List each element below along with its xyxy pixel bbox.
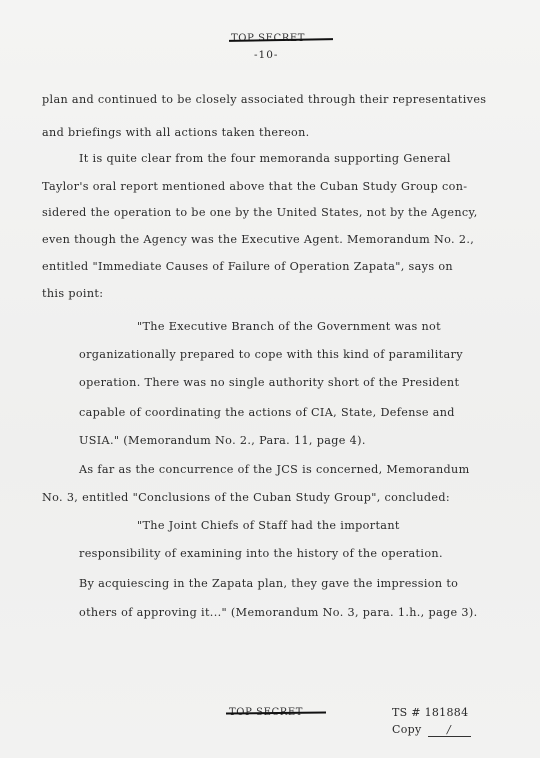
quote-line: "The Joint Chiefs of Staff had the impor… (137, 519, 400, 532)
quote-line: "The Executive Branch of the Government … (137, 320, 441, 333)
quote-line: organizationally prepared to cope with t… (79, 348, 463, 361)
body-line: As far as the concurrence of the JCS is … (79, 463, 470, 476)
quote-line: responsibility of examining into the his… (79, 547, 443, 560)
quote-line: capable of coordinating the actions of C… (79, 406, 455, 419)
quote-line: USIA." (Memorandum No. 2., Para. 11, pag… (79, 434, 366, 447)
body-line: sidered the operation to be one by the U… (42, 206, 478, 219)
copy-label: Copy (392, 723, 422, 736)
quote-line: others of approving it..." (Memorandum N… (79, 606, 478, 619)
body-line: Taylor's oral report mentioned above tha… (42, 180, 467, 193)
quote-line: operation. There was no single authority… (79, 376, 459, 389)
quote-line: By acquiescing in the Zapata plan, they … (79, 577, 458, 590)
ts-number: TS # 181884 (392, 706, 468, 719)
copy-number: / (428, 723, 471, 737)
body-line: and briefings with all actions taken the… (42, 126, 310, 139)
page-number: -10- (254, 49, 278, 61)
body-line: even though the Agency was the Executive… (42, 233, 474, 246)
body-line: No. 3, entitled "Conclusions of the Cuba… (42, 491, 450, 504)
body-line: entitled "Immediate Causes of Failure of… (42, 260, 453, 273)
document-page: TOP SECRET -10- plan and continued to be… (0, 0, 540, 758)
copy-field: Copy/ (392, 723, 471, 737)
body-line: plan and continued to be closely associa… (42, 93, 486, 106)
body-line: It is quite clear from the four memorand… (79, 152, 451, 165)
body-line: this point: (42, 287, 103, 300)
